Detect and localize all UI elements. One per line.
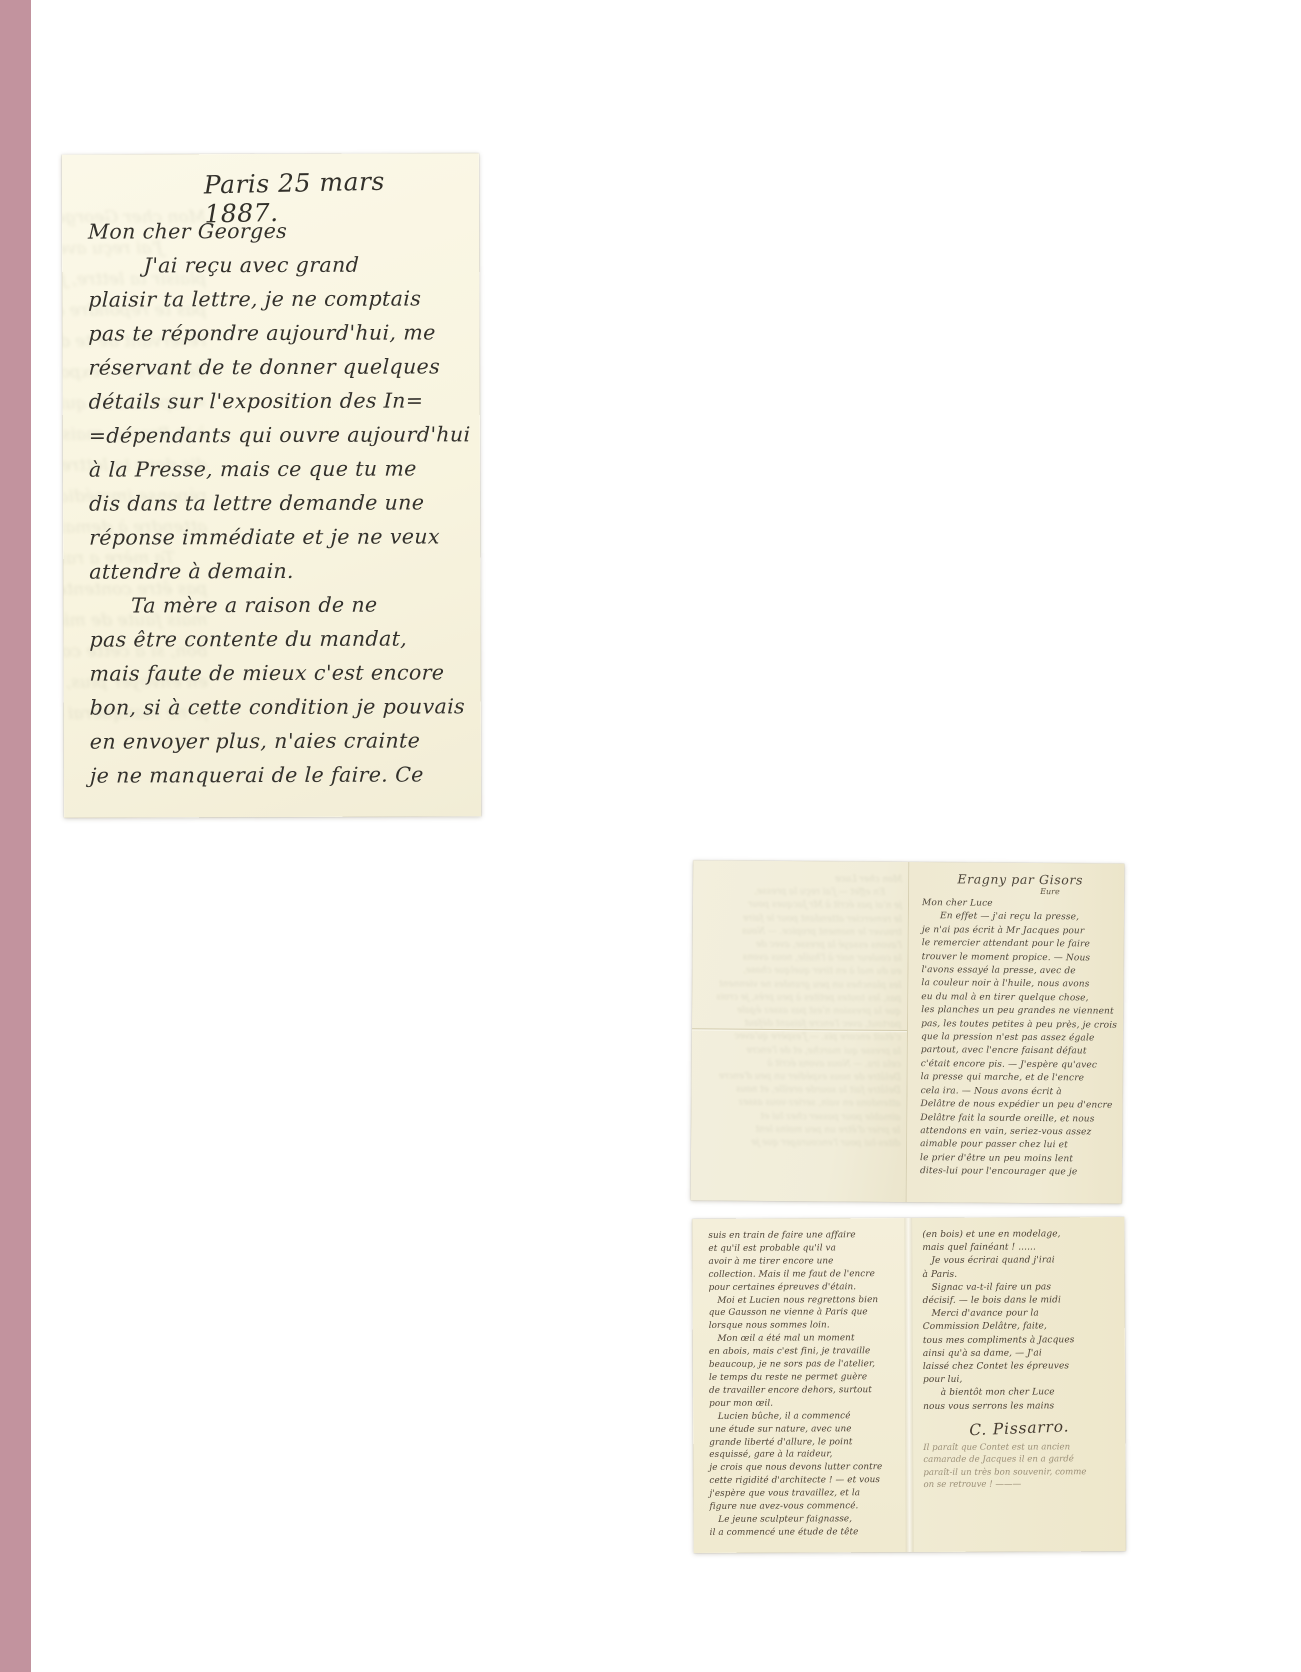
handwritten-line: Je vous écrirai quand j'irai xyxy=(922,1255,1114,1269)
handwritten-line: pas te répondre aujourd'hui, me xyxy=(88,315,462,350)
handwritten-line: partout, avec l'encre faisant défaut xyxy=(921,1045,1117,1060)
handwritten-line: on se retrouve ! ——— xyxy=(923,1478,1115,1491)
handwritten-line: dites-lui pour l'encourager que je xyxy=(920,1165,1116,1180)
letter-pissarro-verso-scan: suis en train de faire une affaireet qu'… xyxy=(692,1217,1125,1553)
handwritten-line: à bientôt mon cher Luce xyxy=(923,1387,1115,1401)
signature: C. Pissarro. xyxy=(969,1415,1116,1439)
handwritten-text-block: Mon cher Luce En effet — j'ai reçu la pr… xyxy=(920,897,1118,1180)
handwritten-line: paraît-il un très bon souvenir, comme xyxy=(923,1466,1115,1479)
handwritten-line: dis dans ta lettre demande une xyxy=(89,485,463,520)
letter-georges-scan: Mon cher Georges J'ai reçu avec grandpla… xyxy=(62,153,481,817)
handwritten-line: Merci d'avance pour la xyxy=(923,1307,1115,1321)
handwritten-line: de travailler encore dehors, surtout xyxy=(709,1384,899,1398)
handwritten-line: laissé chez Contet les épreuves xyxy=(923,1360,1115,1374)
accent-bar xyxy=(0,0,31,1672)
verso-left-column: suis en train de faire une affaireet qu'… xyxy=(692,1218,905,1553)
handwritten-line: tous mes compliments à Jacques xyxy=(923,1334,1115,1348)
catalog-page: { "page": { "background_color": "#ffffff… xyxy=(0,0,1301,1672)
handwritten-line: camarade de Jacques il en a gardé xyxy=(923,1453,1115,1466)
handwritten-line: collection. Mais il me faut de l'encre xyxy=(708,1268,898,1282)
handwritten-line: il a commencé une étude de tête xyxy=(710,1526,900,1540)
handwritten-line: Mon cher Georges xyxy=(88,213,462,248)
handwritten-line: plaisir ta lettre, je ne comptais xyxy=(88,281,462,316)
handwritten-text-block: Mon cher Georges J'ai reçu avec grandpla… xyxy=(88,213,463,792)
handwritten-line: pour lui, xyxy=(923,1373,1115,1387)
handwritten-line: Delâtre de nous expédier un peu d'encre xyxy=(698,1070,901,1085)
handwritten-line: une étude sur nature, avec une xyxy=(709,1423,899,1437)
letter-place-heading: Eragny par Gisors xyxy=(922,871,1118,888)
postscript-block: Il paraît que Contet est un anciencamara… xyxy=(923,1441,1115,1491)
handwritten-line: détails sur l'exposition des In= xyxy=(88,383,462,418)
handwritten-line: à la Presse, mais ce que tu me xyxy=(88,451,462,486)
handwritten-line: avoir à me tirer encore une xyxy=(708,1255,898,1269)
show-through-text: Mon cher Luce En effet — j'ai reçu la pr… xyxy=(697,872,903,1196)
handwritten-line: que Gausson ne vienne à Paris que xyxy=(709,1306,899,1320)
handwritten-line: cette rigidité d'architecte ! — et vous xyxy=(709,1474,899,1488)
handwritten-line: réponse immédiate et je ne veux xyxy=(89,519,463,554)
handwritten-line: le remercier attendant pour le faire xyxy=(922,937,1118,952)
handwritten-line: je ne manquerai de le faire. Ce xyxy=(89,757,463,792)
verso-right-column: (en bois) et une en modelage,mais quel f… xyxy=(912,1217,1125,1552)
handwritten-line: en envoyer plus, n'aies crainte xyxy=(89,723,463,758)
handwritten-line: nous vous serrons les mains xyxy=(923,1400,1115,1414)
blank-verso-page: Mon cher Luce En effet — j'ai reçu la pr… xyxy=(691,860,910,1202)
handwritten-line: Moi et Lucien nous regrettons bien xyxy=(709,1294,899,1308)
handwritten-line: mais quel fainéant ! ...... xyxy=(922,1241,1114,1255)
letter-place-subheading: Eure xyxy=(1040,887,1118,897)
handwritten-line: la presse qui marche, et de l'encre xyxy=(921,1071,1117,1086)
handwritten-line: Signac va-t-il faire un pas xyxy=(923,1281,1115,1295)
handwritten-line: beaucoup, je ne sors pas de l'atelier, xyxy=(709,1358,899,1372)
handwritten-line: et qu'il est probable qu'il va xyxy=(708,1242,898,1256)
handwritten-text-block: (en bois) et une en modelage,mais quel f… xyxy=(922,1228,1115,1414)
handwritten-line: attendre à demain. xyxy=(89,553,463,588)
handwritten-line: à Paris. xyxy=(922,1268,1114,1282)
handwritten-line: esquissé, gare à la raideur, xyxy=(709,1448,899,1462)
handwritten-line: Delâtre de nous expédier un peu d'encre xyxy=(920,1098,1116,1113)
handwritten-line: pour certaines épreuves d'étain. xyxy=(709,1281,899,1295)
handwritten-line: mais faute de mieux c'est encore xyxy=(89,655,463,690)
handwritten-line: pas, les toutes petites à peu près, je c… xyxy=(698,991,901,1006)
handwritten-line: Ta mère a raison de ne xyxy=(89,587,463,622)
handwritten-line: =dépendants qui ouvre aujourd'hui xyxy=(88,417,462,452)
handwritten-line: suis en train de faire une affaire xyxy=(708,1229,898,1243)
handwritten-line: Lucien bûche, il a commencé xyxy=(709,1410,899,1424)
handwritten-line: J'ai reçu avec grand xyxy=(88,247,462,282)
letter-eragny-recto-scan: Mon cher Luce En effet — j'ai reçu la pr… xyxy=(691,860,1125,1203)
handwritten-line: Delâtre fait la sourde oreille, et nous xyxy=(920,1112,1116,1127)
handwritten-line: Commission Delâtre, faite, xyxy=(923,1321,1115,1335)
handwritten-line: j'espère que vous travaillez, et la xyxy=(709,1487,899,1501)
written-recto-page: Eragny par Gisors Eure Mon cher Luce En … xyxy=(907,862,1125,1204)
handwritten-line: pour mon œil. xyxy=(709,1397,899,1411)
handwritten-line: les planches un peu grandes ne viennent xyxy=(698,978,901,993)
handwritten-line: le temps du reste ne permet guère xyxy=(709,1371,899,1385)
handwritten-line: la couleur noir à l'huile, nous avons xyxy=(921,978,1117,993)
handwritten-line: aimable pour passer chez lui et xyxy=(920,1138,1116,1153)
handwritten-line: lorsque nous sommes loin. xyxy=(709,1319,899,1333)
handwritten-line: dites-lui pour l'encourager que je xyxy=(697,1136,900,1151)
handwritten-line: décisif. — le bois dans le midi xyxy=(923,1294,1115,1308)
handwritten-line: Le jeune sculpteur faignasse, xyxy=(710,1513,900,1527)
handwritten-line: je crois que nous devons lutter contre xyxy=(709,1461,899,1475)
handwritten-line: bon, si à cette condition je pouvais xyxy=(89,689,463,724)
handwritten-line: en abois, mais c'est fini, je travaille xyxy=(709,1345,899,1359)
letter-georges-body: Paris 25 mars 1887. Mon cher Georges J'a… xyxy=(62,153,481,800)
handwritten-line: pas être contente du mandat, xyxy=(89,621,463,656)
handwritten-line: ainsi qu'à sa dame, — J'ai xyxy=(923,1347,1115,1361)
handwritten-text-block: suis en train de faire une affaireet qu'… xyxy=(708,1229,899,1540)
letter-dateline: Paris 25 mars 1887. xyxy=(204,165,462,216)
handwritten-line: grande liberté d'allure, le point xyxy=(709,1436,899,1450)
handwritten-line: (en bois) et une en modelage, xyxy=(922,1228,1114,1242)
handwritten-line: Mon œil a été mal un moment xyxy=(709,1332,899,1346)
handwritten-line: En effet — j'ai reçu la presse, xyxy=(922,911,1118,926)
handwritten-line: Il paraît que Contet est un ancien xyxy=(923,1441,1115,1454)
handwritten-line: les planches un peu grandes ne viennent xyxy=(921,1004,1117,1019)
handwritten-line: réservant de te donner quelques xyxy=(88,349,462,384)
handwritten-line: figure nue avez-vous commencé. xyxy=(710,1500,900,1514)
